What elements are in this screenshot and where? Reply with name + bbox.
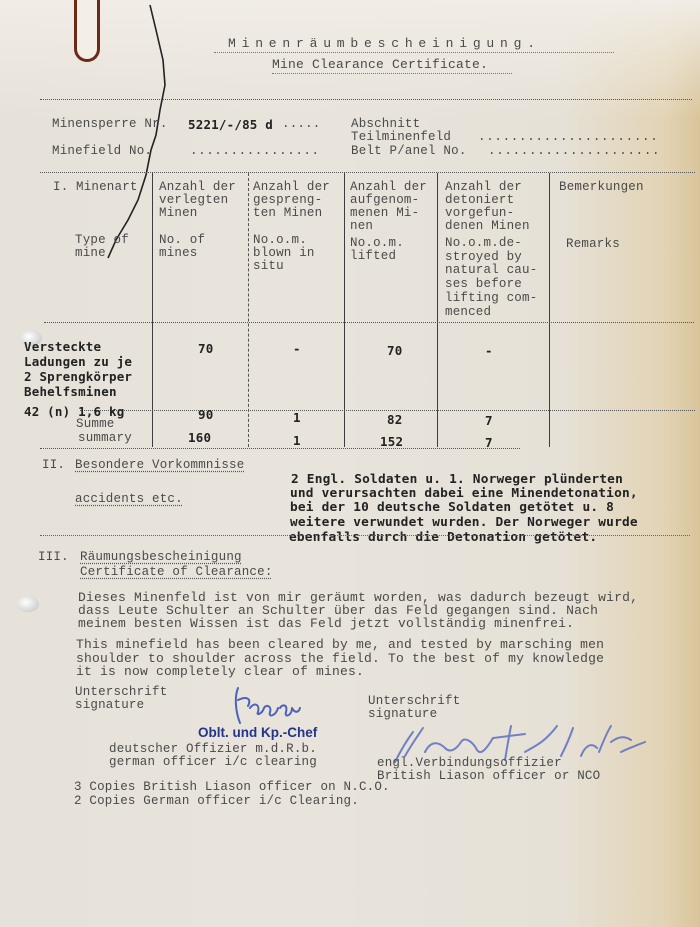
incidents-line-5: ebenfalls durch die Detonation getötet. [289, 531, 597, 544]
col-header-blown-de: Anzahl der gespreng- ten Minen [253, 181, 330, 220]
col-header-blown-en: No.o.m. blown in situ [253, 234, 315, 273]
row2-lifted: 82 [387, 413, 402, 426]
row1-natural: - [485, 344, 493, 357]
col-divider-1 [152, 173, 153, 447]
row2-laid: 90 [198, 408, 213, 421]
col-divider-2 [248, 173, 249, 447]
row1-blown: - [293, 342, 301, 355]
belt-dots: ..................... [488, 145, 660, 158]
minefield-number-dots: ..... [282, 118, 321, 131]
minefield-label-en: Minefield No. [52, 145, 152, 158]
total-lifted: 152 [380, 435, 403, 448]
clearance-en-line-3: it is now completely clear of mines. [76, 665, 364, 678]
table-header-rule [44, 322, 694, 323]
title-english-underline [272, 73, 512, 74]
table-section-numeral: I. [53, 181, 68, 194]
col-divider-3 [344, 173, 345, 447]
german-role-en: german officer i/c clearing [109, 756, 317, 769]
title-german-underline [214, 52, 614, 53]
table-top-rule [40, 172, 695, 173]
table-row-rule [80, 410, 695, 411]
col-header-laid-en: No. of mines [159, 234, 205, 260]
clearance-de-line-3: meinem besten Wissen ist das Feld jetzt … [78, 617, 574, 630]
row1-lifted: 70 [387, 344, 402, 357]
total-label-de: Summe [76, 418, 115, 431]
minefield-en-dots: ................ [190, 145, 320, 158]
col-header-lifted-de: Anzahl der aufgenom- menen Mi- nen [350, 181, 427, 233]
incidents-line-2: und verursachten dabei eine Minendetonat… [290, 487, 638, 500]
clearance-label-en: Certificate of Clearance: [80, 566, 273, 579]
title-german: Minenräumbescheinigung. [228, 37, 541, 50]
incidents-line-1: 2 Engl. Soldaten u. 1. Norweger plündert… [291, 473, 623, 486]
title-english: Mine Clearance Certificate. [272, 58, 488, 71]
row1-type: Versteckte Ladungen zu je 2 Sprengkörper… [24, 339, 132, 399]
british-role-en: British Liason officer or NCO [377, 770, 600, 783]
clearance-en-line-1: This minefield has been cleared by me, a… [76, 638, 604, 651]
total-label-en: summary [78, 432, 132, 445]
col-header-type-en: Type of mine [75, 234, 129, 260]
table-bottom-rule [40, 448, 520, 449]
incidents-label-de: Besondere Vorkommnisse [75, 459, 244, 472]
subfield-label: Teilminenfeld [351, 131, 451, 144]
col-divider-4 [437, 173, 438, 447]
row2-blown: 1 [293, 411, 301, 424]
distribution-line-2: 2 Copies German officer i/c Clearing. [74, 795, 359, 808]
col-header-natural-en: No.o.m.de- stroyed by natural cau- ses b… [445, 237, 537, 319]
incidents-numeral: II. [42, 459, 65, 472]
minefield-number: 5221/-/85 d [188, 118, 273, 131]
row2-natural: 7 [485, 414, 493, 427]
total-laid: 160 [188, 431, 211, 444]
minefield-label-de: Minensperre Nr. [52, 118, 168, 131]
clearance-label-de: Räumungsbescheinigung [80, 551, 242, 564]
subfield-dots: ...................... [478, 131, 658, 144]
col-header-remarks-en: Remarks [566, 238, 620, 251]
incidents-line-3: bei der 10 deutsche Soldaten getötet u. … [290, 501, 614, 514]
col-header-lifted-en: No.o.m. lifted [350, 237, 404, 263]
distribution-line-1: 3 Copies British Liason officer on N.C.O… [74, 781, 390, 794]
officer-stamp: Oblt. und Kp.-Chef [198, 726, 317, 739]
incidents-label-en: accidents etc. [75, 493, 183, 506]
clearance-numeral: III. [38, 551, 69, 564]
col-header-type-de: Minenart [76, 181, 138, 194]
german-signature-label-en: signature [75, 699, 144, 712]
belt-label: Belt P/anel No. [351, 145, 467, 158]
col-header-laid-de: Anzahl der verlegten Minen [159, 181, 236, 220]
header-rule [40, 99, 692, 100]
col-header-natural-de: Anzahl der detoniert vorgefun- denen Min… [445, 181, 530, 233]
total-blown: 1 [293, 434, 301, 447]
col-header-remarks-de: Bemerkungen [559, 181, 644, 194]
punch-hole-bottom [17, 596, 39, 612]
col-divider-5 [549, 173, 550, 447]
incidents-line-4: weitere verwundet wurden. Der Norweger w… [290, 516, 638, 529]
row1-laid: 70 [198, 342, 213, 355]
incidents-rule [40, 535, 690, 536]
